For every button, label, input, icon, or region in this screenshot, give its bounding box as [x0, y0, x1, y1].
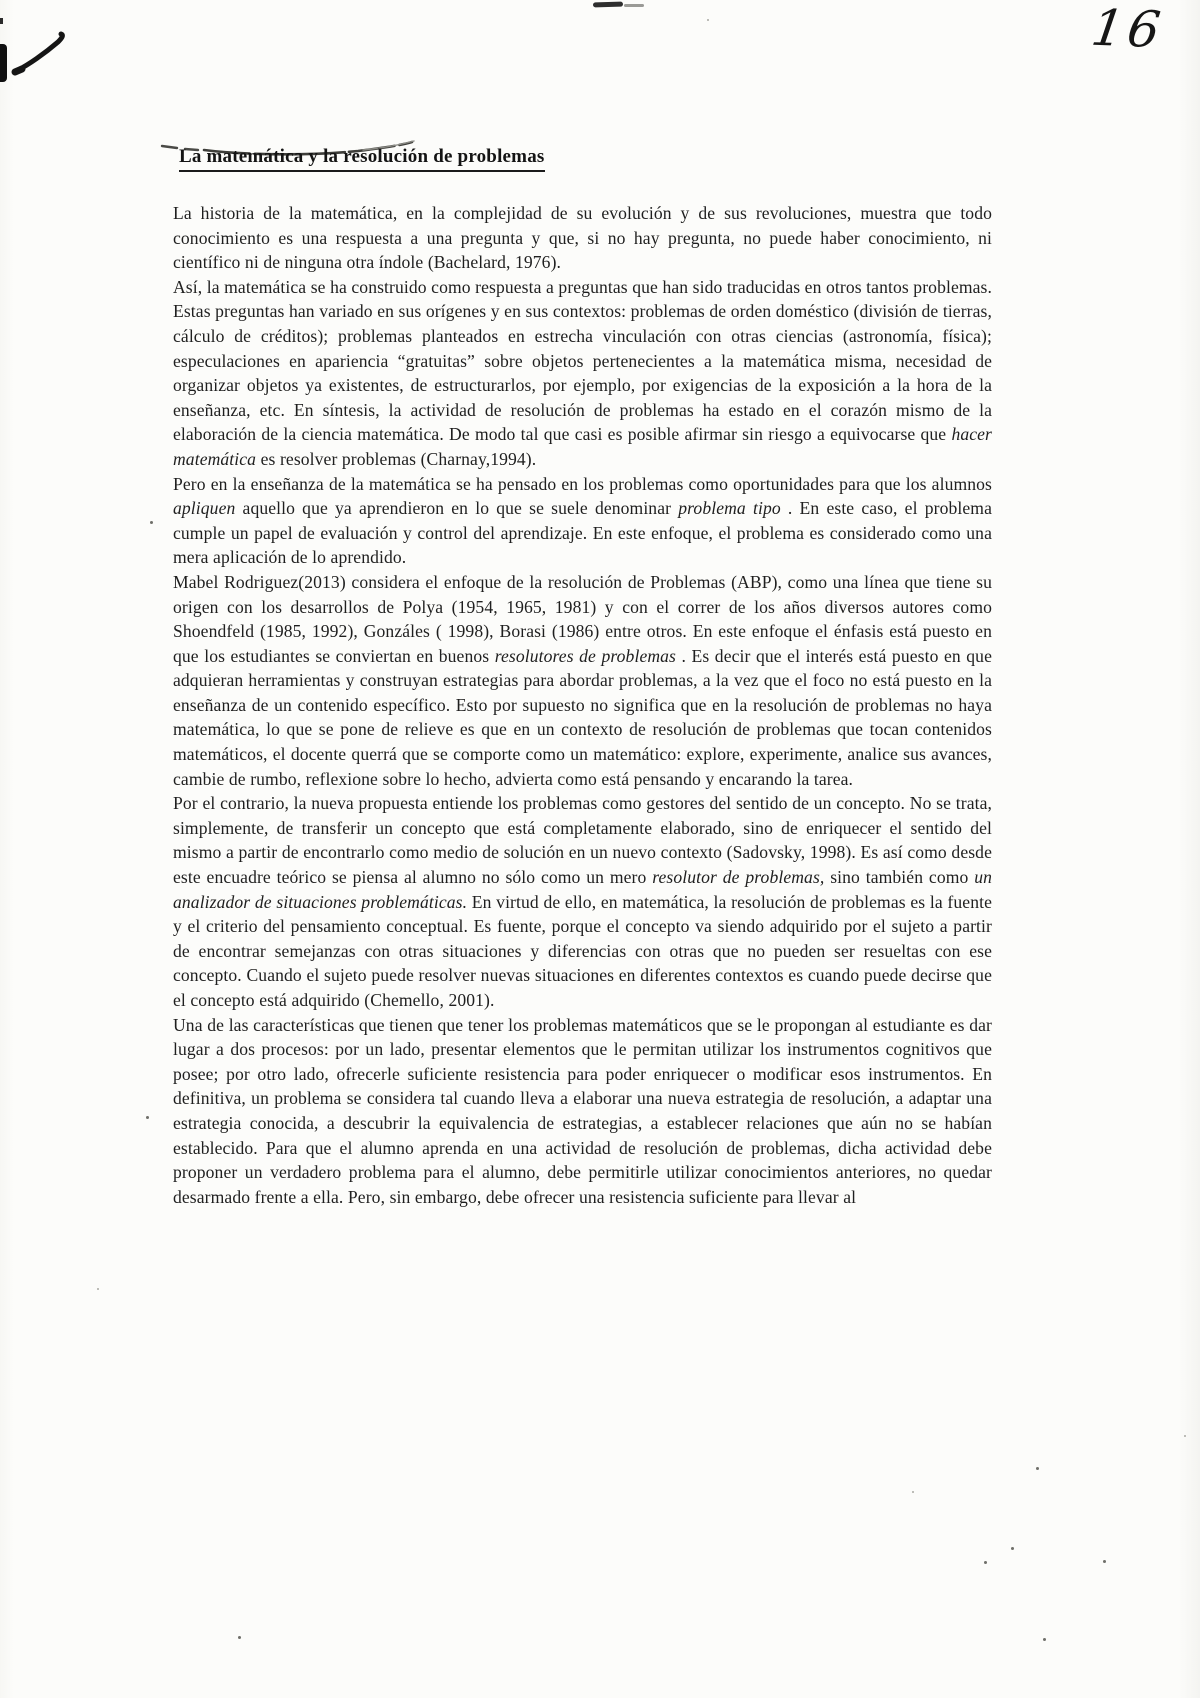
- dust-speck: [97, 1288, 99, 1290]
- dust-speck: [146, 1116, 149, 1119]
- dust-speck: [1043, 1638, 1046, 1641]
- text-segment: Una de las características que tienen qu…: [173, 1015, 992, 1207]
- text-segment: es resolver problemas (Charnay,1994).: [256, 449, 536, 469]
- dust-speck: [707, 19, 709, 21]
- paragraph: La historia de la matemática, en la comp…: [173, 201, 992, 275]
- scan-smudge: [593, 2, 623, 8]
- scan-smudge-tail: [624, 4, 644, 7]
- document-body: La historia de la matemática, en la comp…: [173, 201, 992, 1209]
- paragraph: Así, la matemática se ha construido como…: [173, 275, 992, 472]
- dust-speck: [150, 521, 153, 524]
- scan-edge-dot: [0, 18, 3, 24]
- text-segment: problema tipo: [678, 498, 781, 518]
- pen-scribble-mark: [6, 28, 78, 88]
- dust-speck: [1103, 1560, 1106, 1563]
- dust-speck: [1036, 1467, 1039, 1470]
- dust-speck: [912, 1491, 914, 1493]
- text-segment: La historia de la matemática, en la comp…: [173, 203, 992, 272]
- text-segment: aquello que ya aprendieron en lo que se …: [235, 498, 678, 518]
- dust-speck: [238, 1636, 241, 1639]
- paragraph: Pero en la enseñanza de la matemática se…: [173, 472, 992, 570]
- text-segment: Pero en la enseñanza de la matemática se…: [173, 474, 992, 494]
- dust-speck: [1184, 1435, 1186, 1437]
- text-segment: apliquen: [173, 498, 235, 518]
- dust-speck: [1011, 1547, 1014, 1550]
- paragraph: Mabel Rodriguez(2013) considera el enfoq…: [173, 570, 992, 791]
- document-title: La matemática y la resolución de problem…: [179, 146, 545, 172]
- paragraph: Una de las características que tienen qu…: [173, 1013, 992, 1210]
- dust-speck: [912, 215, 914, 217]
- text-segment: Así, la matemática se ha construido como…: [173, 277, 992, 445]
- handwritten-page-number: 16: [1089, 3, 1168, 55]
- dust-speck: [984, 1561, 987, 1564]
- text-segment: resolutores de problemas: [495, 646, 676, 666]
- text-segment: sino también como: [824, 867, 974, 887]
- text-segment: resolutor de problemas,: [652, 867, 824, 887]
- text-segment: . Es decir que el interés está puesto en…: [173, 646, 992, 789]
- text-column: La matemática y la resolución de problem…: [173, 146, 992, 1209]
- scanned-document-page: 16 La matemática y la resolución de prob…: [0, 0, 1200, 1698]
- paragraph: Por el contrario, la nueva propuesta ent…: [173, 791, 992, 1012]
